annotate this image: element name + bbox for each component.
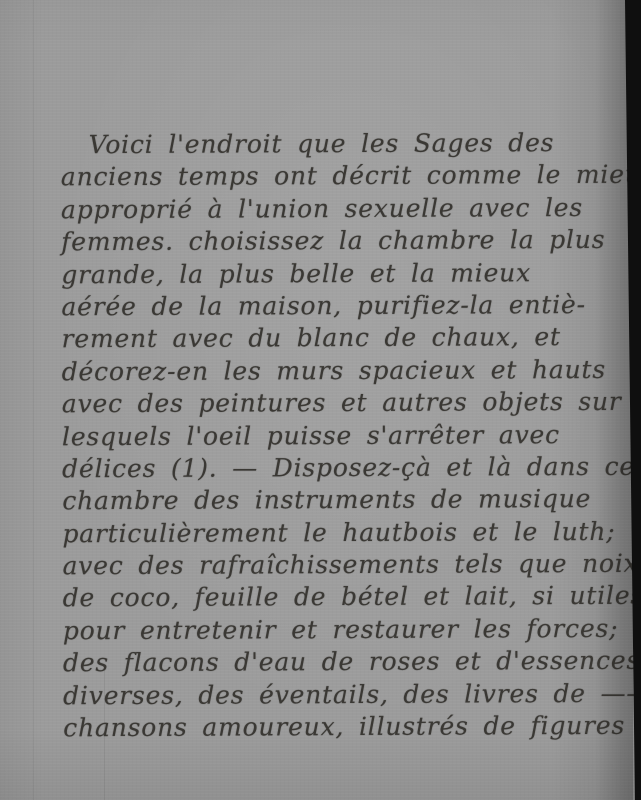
handwritten-line: approprié à l'union sexuelle avec les xyxy=(61,192,639,227)
handwritten-line: chansons amoureux, illustrés de figures xyxy=(63,710,641,745)
handwritten-line: délices (1). — Disposez-çà et là dans ce… xyxy=(62,451,640,486)
handwritten-line: pour entretenir et restaurer les forces; xyxy=(63,613,641,648)
handwritten-line: particulièrement le hautbois et le luth; xyxy=(62,515,640,550)
handwritten-line: chambre des instruments de musique xyxy=(62,483,640,518)
handwritten-line: Voici l'endroit que les Sages des xyxy=(61,127,639,162)
handwritten-line: lesquels l'oeil puisse s'arrêter avec xyxy=(62,418,640,453)
handwritten-line: décorez-en les murs spacieux et hauts xyxy=(62,353,640,388)
handwritten-line: de coco, feuille de bétel et lait, si ut… xyxy=(63,580,641,615)
handwritten-line: femmes. choisissez la chambre la plus xyxy=(61,224,639,259)
handwritten-line: diverses, des éventails, des livres de —… xyxy=(63,677,641,712)
handwritten-line: grande, la plus belle et la mieux xyxy=(61,256,639,291)
paper-seam-left xyxy=(33,0,34,800)
handwritten-line: aérée de la maison, purifiez-la entiè- xyxy=(61,289,639,324)
manuscript-scan-page: Voici l'endroit que les Sages des ancien… xyxy=(0,0,641,800)
handwritten-line: anciens temps ont décrit comme le mieux xyxy=(61,159,639,194)
handwritten-line: des flacons d'eau de roses et d'essences xyxy=(63,645,641,680)
handwritten-text-block: Voici l'endroit que les Sages des ancien… xyxy=(61,127,641,745)
handwritten-line: rement avec du blanc de chaux, et xyxy=(62,321,640,356)
handwritten-line: avec des peintures et autres objets sur xyxy=(62,386,640,421)
handwritten-line: avec des rafraîchissements tels que noix xyxy=(62,548,640,583)
